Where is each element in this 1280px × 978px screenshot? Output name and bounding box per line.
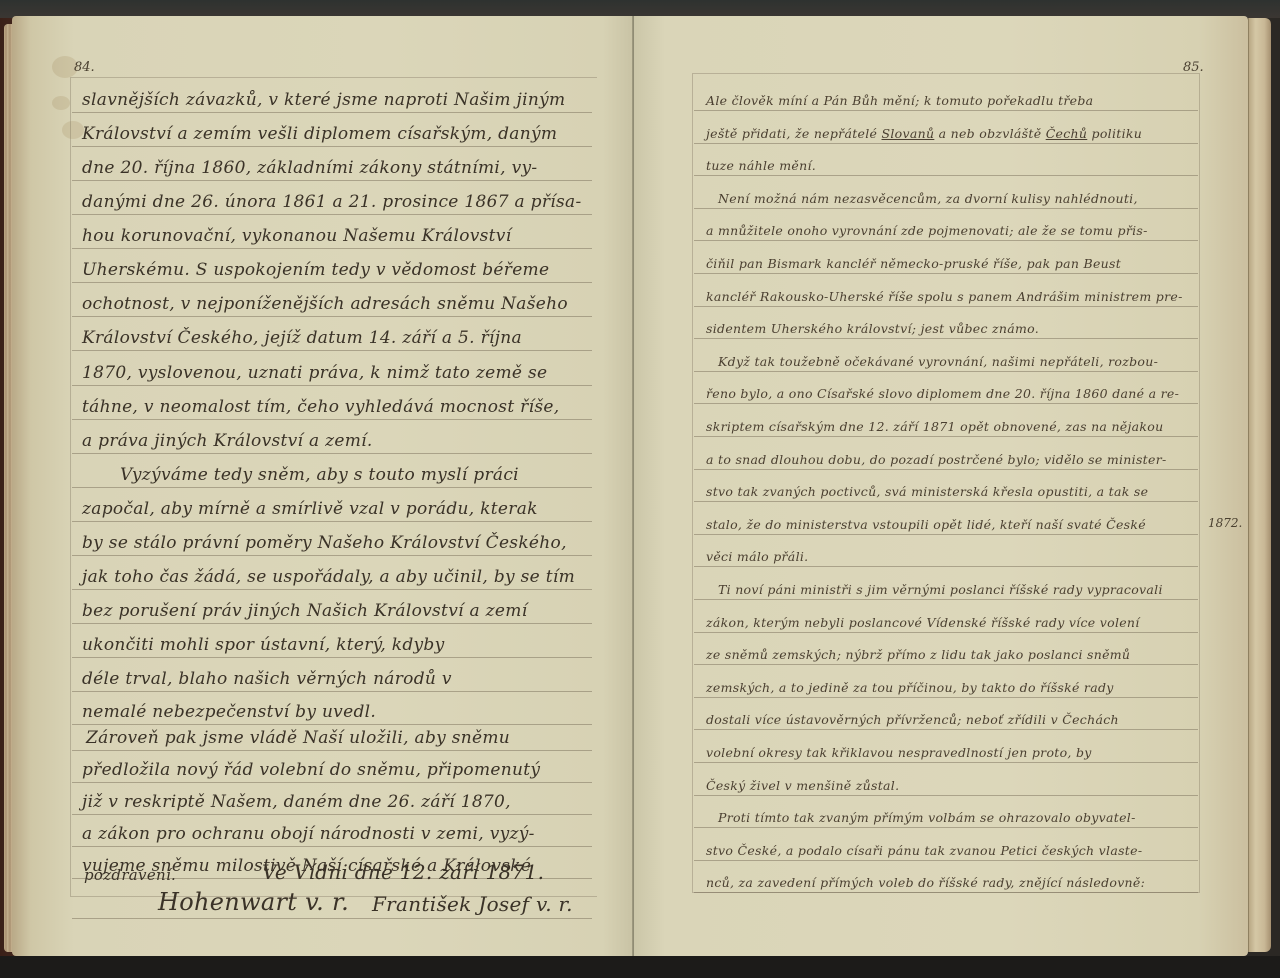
handwritten-line: Zároveň pak jsme vládě Naší uložili, aby…	[86, 728, 510, 748]
handwritten-line: již v reskriptě Našem, daném dne 26. zář…	[82, 792, 511, 812]
handwritten-line: stvo tak zvaných poctivců, svá ministers…	[706, 484, 1148, 499]
handwritten-line: ještě přidati, že nepřátelé Slovanů a ne…	[706, 126, 1142, 141]
handwritten-line: volební okresy tak křiklavou nespravedln…	[706, 745, 1092, 760]
ruled-line	[72, 691, 592, 692]
ruled-line	[72, 214, 592, 215]
ruled-line	[694, 469, 1198, 470]
ruled-line	[694, 632, 1198, 633]
handwritten-line: čiňil pan Bismark kancléř německo-pruské…	[706, 256, 1121, 271]
handwritten-line: Když tak toužebně očekávané vyrovnání, n…	[718, 354, 1158, 369]
handwritten-line: danými dne 26. února 1861 a 21. prosince…	[82, 192, 582, 212]
ruled-line	[694, 143, 1198, 144]
handwritten-line: zákon, kterým nebyli poslancové Vídenské…	[706, 615, 1140, 630]
handwritten-line: by se stálo právní poměry Našeho Královs…	[82, 533, 567, 553]
handwritten-line: kancléř Rakousko-Uherské říše spolu s pa…	[706, 289, 1183, 304]
handwritten-line: věci málo přáli.	[706, 549, 808, 564]
ruled-line	[72, 146, 592, 147]
handwritten-line: Český živel v menšině zůstal.	[706, 778, 899, 793]
ruled-line	[72, 112, 592, 113]
handwritten-line: stalo, že do ministerstva vstoupili opět…	[706, 517, 1146, 532]
ruled-line	[694, 501, 1198, 502]
handwritten-line: Ve Vídni dne 12. září 1871.	[262, 860, 544, 884]
ruled-line	[694, 371, 1198, 372]
ruled-line	[694, 110, 1198, 111]
handwritten-line: a práva jiných Království a zemí.	[82, 431, 373, 451]
handwritten-line: řeno bylo, a ono Císařské slovo diplomem…	[706, 386, 1179, 401]
ruled-line	[694, 827, 1198, 828]
ruled-line	[694, 566, 1198, 567]
handwritten-line: táhne, v neomalost tím, čeho vyhledává m…	[82, 397, 559, 417]
handwritten-line: ukončiti mohli spor ústavní, který, kdyb…	[82, 635, 445, 655]
handwritten-line: dostali více ústavověrných přívrženců; n…	[706, 712, 1119, 727]
cover-bottom-edge	[0, 956, 1280, 978]
ruled-line	[72, 846, 592, 847]
handwritten-line: Království Českého, jejíž datum 14. září…	[82, 328, 522, 348]
handwritten-line: nemalé nebezpečenství by uvedl.	[82, 702, 376, 722]
handwritten-line: ochotnost, v nejponíženějších adresách s…	[82, 294, 568, 314]
ruled-line	[72, 657, 592, 658]
handwritten-line: Uherskému. S uspokojením tedy v vědomost…	[82, 260, 549, 280]
handwritten-line: Ale člověk míní a Pán Bůh mění; k tomuto…	[706, 93, 1093, 108]
ruled-line	[694, 306, 1198, 307]
handwritten-line: hou korunovační, vykonanou Našemu Králov…	[82, 226, 511, 246]
ruled-line	[72, 282, 592, 283]
ruled-line	[694, 795, 1198, 796]
signature-frantisek-josef: František Josef v. r.	[372, 892, 573, 916]
right-page-number: 85.	[1183, 60, 1204, 75]
ruled-line	[72, 724, 592, 725]
ruled-line	[694, 240, 1198, 241]
ruled-line	[72, 350, 592, 351]
handwritten-line: započal, aby mírně a smírlivě vzal v por…	[82, 499, 538, 519]
handwritten-line: tuze náhle mění.	[706, 158, 816, 173]
ruled-line	[72, 487, 592, 488]
ruled-line	[72, 782, 592, 783]
ruled-line	[72, 180, 592, 181]
ruled-line	[694, 175, 1198, 176]
ruled-line	[72, 918, 592, 919]
ruled-line	[694, 338, 1198, 339]
ruled-line	[694, 697, 1198, 698]
ruled-line	[72, 385, 592, 386]
ruled-line	[694, 273, 1198, 274]
handwritten-line: jak toho čas žádá, se uspořádaly, a aby …	[82, 567, 575, 587]
signature-hohenwart: Hohenwart v. r.	[158, 888, 349, 916]
ruled-line	[72, 419, 592, 420]
ruled-line	[72, 623, 592, 624]
ruled-line	[72, 316, 592, 317]
handwritten-line: a to snad dlouhou dobu, do pozadí postrč…	[706, 452, 1167, 467]
margin-year-note: 1872.	[1208, 516, 1242, 530]
handwritten-line: bez porušení práv jiných Našich Královst…	[82, 601, 527, 621]
handwritten-line: Proti tímto tak zvaným přímým volbám se …	[718, 810, 1136, 825]
handwritten-line: předložila nový řád volební do sněmu, př…	[82, 760, 540, 780]
handwritten-line: 1870, vyslovenou, uznati práva, k nimž t…	[82, 363, 547, 383]
handwritten-line: Není možná nám nezasvěcencům, za dvorní …	[718, 191, 1138, 206]
ruled-line	[72, 555, 592, 556]
handwritten-line: déle trval, blaho našich věrných národů …	[82, 669, 452, 689]
right-page-stack-edge	[1248, 18, 1271, 952]
ink-stain	[52, 96, 70, 110]
handwritten-line: a zákon pro ochranu obojí národnosti v z…	[82, 824, 535, 844]
handwritten-line: ze sněmů zemských; nýbrž přímo z lidu ta…	[706, 647, 1130, 662]
ruled-line	[72, 453, 592, 454]
handwritten-line: sidentem Uherského království; jest vůbe…	[706, 321, 1039, 336]
handwritten-line: slavnějších závazků, v které jsme naprot…	[82, 90, 565, 110]
ruled-line	[694, 534, 1198, 535]
left-page-number: 84.	[74, 60, 95, 75]
ruled-line	[694, 436, 1198, 437]
handwritten-line: skriptem císařským dne 12. září 1871 opě…	[706, 419, 1163, 434]
handwritten-line: stvo České, a podalo císaři pánu tak zva…	[706, 843, 1142, 858]
handwritten-line: dne 20. října 1860, základními zákony st…	[82, 158, 537, 178]
ruled-line	[694, 208, 1198, 209]
ruled-line	[694, 599, 1198, 600]
ruled-line	[72, 814, 592, 815]
handwritten-line: zemských, a to jedině za tou příčinou, b…	[706, 680, 1114, 695]
handwritten-line: pozdravení.	[84, 866, 176, 884]
ruled-line	[694, 762, 1198, 763]
ruled-line	[694, 403, 1198, 404]
ruled-line	[72, 521, 592, 522]
handwritten-line: a mnůžitele onoho vyrovnání zde pojmenov…	[706, 223, 1148, 238]
handwritten-line: nců, za zavedení přímých voleb do říšské…	[706, 875, 1145, 890]
handwritten-line: Království a zemím vešli diplomem císařs…	[82, 124, 557, 144]
handwritten-line: Vyzýváme tedy sněm, aby s touto myslí pr…	[120, 465, 519, 485]
ruled-line	[694, 860, 1198, 861]
handwritten-line: Ti noví páni ministři s jim věrnými posl…	[718, 582, 1163, 597]
ruled-line	[694, 664, 1198, 665]
ruled-line	[694, 729, 1198, 730]
ruled-line	[72, 589, 592, 590]
ruled-line	[694, 892, 1198, 893]
ruled-line	[72, 248, 592, 249]
ruled-line	[72, 750, 592, 751]
